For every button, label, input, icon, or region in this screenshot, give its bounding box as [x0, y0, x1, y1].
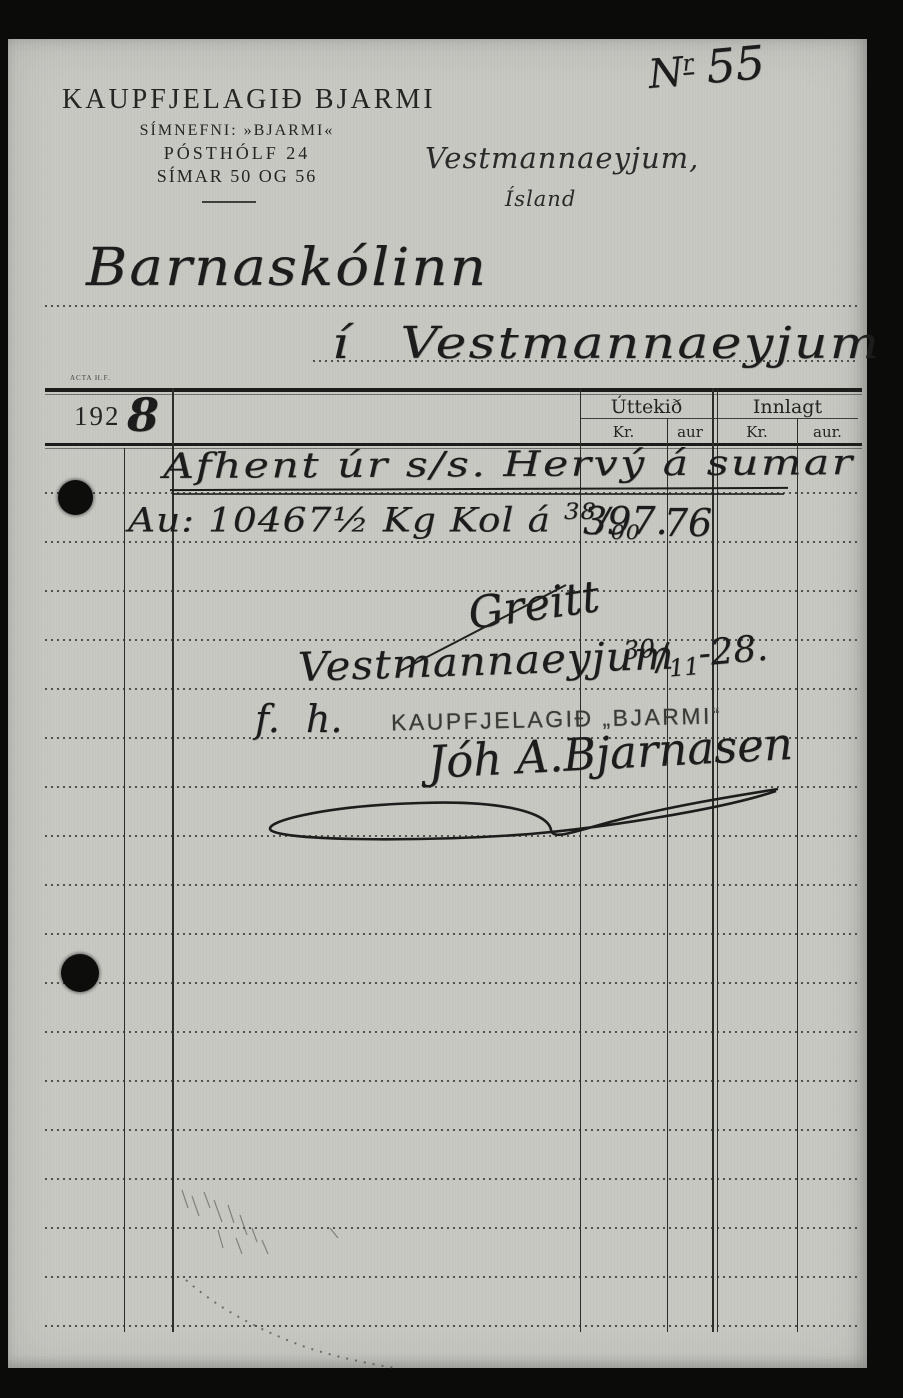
column-header-innlagt: Innlagt — [717, 396, 858, 418]
document-number: Nr 55 — [646, 35, 767, 99]
column-line-innlagt-b — [717, 388, 718, 1332]
subheader-innlagt-aur: aur. — [797, 423, 858, 441]
entry-2-text: Au: 10467½ Kg Kol á — [128, 500, 551, 540]
letterhead: KAUPFJELAGIÐ BJARMI SÍMNEFNI: »BJARMI« P… — [62, 84, 412, 187]
punch-hole-bottom — [61, 954, 99, 992]
phones-line: SÍMAR 50 OG 56 — [62, 166, 412, 187]
entry-2-amount-aur: 76 — [663, 501, 713, 545]
table-top-rule-thin — [45, 394, 862, 395]
punch-hole-top — [58, 480, 93, 515]
header-subdivider — [580, 418, 858, 419]
ledger-ruled-line — [45, 1276, 858, 1278]
entry-2-amount-kr: 397. — [583, 499, 663, 543]
place-country: Ísland — [505, 187, 576, 211]
column-header-uttekid: Úttekið — [580, 396, 713, 418]
column-line-innlagt-aur — [797, 418, 798, 1332]
year-handwritten: 8 — [127, 388, 159, 442]
addressee-location: í Vestmannaeyjum — [332, 318, 881, 369]
ledger-ruled-line — [45, 1031, 858, 1033]
document-number-sup: r — [682, 51, 695, 77]
subheader-uttekid-aur: aur — [667, 423, 713, 441]
subheader-uttekid-kr: Kr. — [580, 423, 667, 441]
place-city: Vestmannaeyjum, — [425, 141, 699, 175]
telegraph-line: SÍMNEFNI: »BJARMI« — [62, 122, 412, 140]
entry-1-description: Afhent úr s/s. Hervý á sumar — [163, 443, 855, 487]
letterhead-divider — [202, 201, 256, 203]
column-line-uttekid-aur — [667, 418, 668, 1332]
printer-mark: ACTA H.F. — [70, 374, 111, 382]
ledger-ruled-line — [45, 933, 858, 935]
table-top-rule — [45, 388, 862, 392]
addressee-rule-1 — [45, 305, 858, 307]
ledger-ruled-line — [45, 1080, 858, 1082]
ledger-ruled-line — [45, 688, 858, 690]
ledger-ruled-line — [45, 982, 858, 984]
entry-1-underline-b — [172, 493, 784, 495]
on-behalf-note: f. h. — [255, 697, 342, 741]
addressee-name: Barnaskólinn — [86, 238, 488, 298]
ledger-ruled-line — [45, 1227, 858, 1229]
ledger-ruled-line — [45, 1129, 858, 1131]
scanned-ledger-page: KAUPFJELAGIÐ BJARMI SÍMNEFNI: »BJARMI« P… — [0, 0, 903, 1398]
document-number-prefix: N — [646, 49, 685, 98]
entry-2-description: Au: 10467½ Kg Kol á 38/00 — [128, 500, 641, 544]
ledger-ruled-line — [45, 590, 858, 592]
pobox-line: PÓSTHÓLF 24 — [62, 143, 412, 164]
date-year: -28. — [697, 628, 770, 675]
date-day: 30 — [622, 634, 656, 666]
subheader-innlagt-kr: Kr. — [717, 423, 797, 441]
ledger-ruled-line — [45, 1178, 858, 1180]
column-line-margin — [124, 448, 125, 1332]
document-number-value: 55 — [704, 35, 767, 94]
ledger-ruled-line — [45, 835, 858, 837]
ledger-ruled-line — [45, 1325, 858, 1327]
company-name: KAUPFJELAGIÐ BJARMI — [62, 84, 412, 116]
year-printed: 192 — [74, 401, 121, 432]
date-month: 11 — [668, 652, 701, 683]
ledger-ruled-line — [45, 884, 858, 886]
